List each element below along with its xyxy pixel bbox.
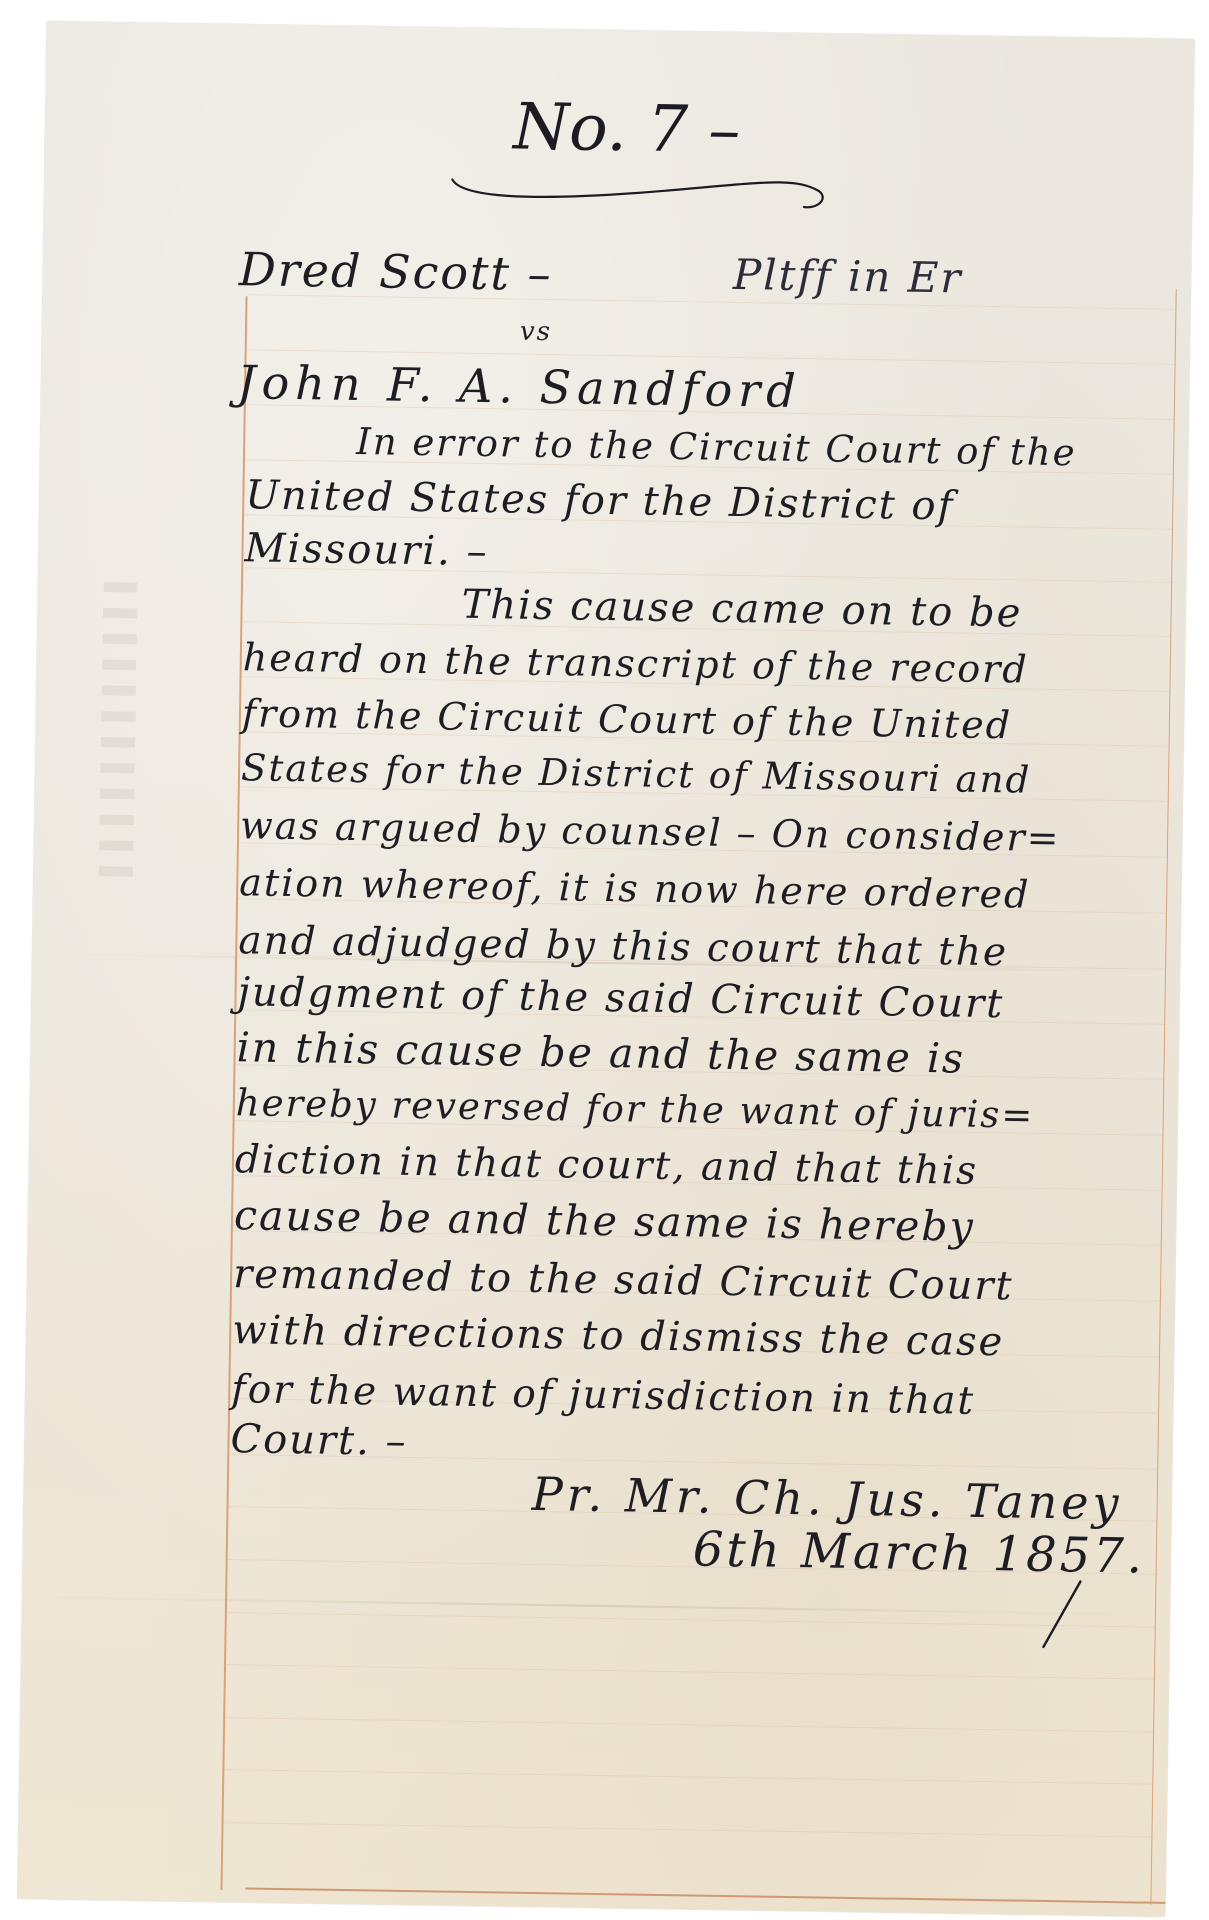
body-line: heard on the transcript of the record — [243, 638, 1029, 688]
body-line: and adjudged by this court that the — [238, 921, 1008, 972]
right-margin-rule — [1150, 289, 1177, 1905]
body-line: hereby reversed for the want of juris= — [236, 1084, 1035, 1134]
body-line: diction in that court, and that this — [235, 1140, 979, 1191]
body-line: remanded to the said Circuit Court — [233, 1254, 1014, 1306]
defendant-name: John F. A. Sandford — [237, 359, 802, 414]
body-line: This cause came on to be — [461, 585, 1022, 634]
docket-number: No. 7 – — [513, 90, 741, 168]
body-line: for the want of jurisdiction in that — [231, 1370, 975, 1421]
body-line: was argued by counsel – On consider= — [240, 806, 1061, 857]
body-line: with directions to dismiss the case — [232, 1310, 1005, 1362]
body-line: Missouri. – — [244, 528, 489, 572]
body-line: from the Circuit Court of the United — [242, 694, 1013, 744]
manuscript-page: ▌▌▌▌▌▌▌▌▌▌▌▌ No. 7 – Dred Scott – Pltff … — [17, 21, 1194, 1917]
fold-crease — [22, 1596, 1170, 1616]
body-line: United States for the District of — [245, 475, 955, 526]
versus-label: vs — [520, 319, 552, 345]
body-line: ation whereof, it is now here ordered — [239, 863, 1031, 913]
bottom-margin-rule — [245, 1887, 1165, 1903]
body-line: judgment of the said Circuit Court — [237, 972, 1004, 1024]
plaintiff-name: Dred Scott – — [239, 246, 553, 297]
flourish-underline-icon — [444, 167, 845, 213]
bleed-through-stamp: ▌▌▌▌▌▌▌▌▌▌▌▌ — [90, 582, 136, 983]
body-line: States for the District of Missouri and — [241, 749, 1032, 798]
signature: Pr. Mr. Ch. Jus. Taney — [531, 1471, 1122, 1526]
body-line: in this cause be and the same is — [236, 1027, 965, 1079]
ruled-lines — [47, 21, 1195, 39]
date-flourish-icon — [1031, 1577, 1092, 1658]
body-line: Court. – — [230, 1419, 408, 1462]
date: 6th March 1857. — [693, 1525, 1146, 1580]
body-line: cause be and the same is hereby — [234, 1195, 975, 1248]
body-line: In error to the Circuit Court of the — [356, 423, 1077, 471]
plaintiff-role: Pltff in Er — [733, 254, 963, 300]
